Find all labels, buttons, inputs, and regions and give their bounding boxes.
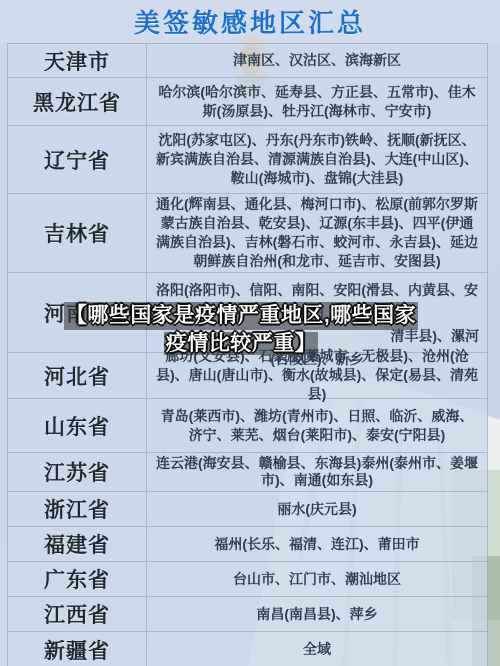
province-cell: 广东省 [8, 562, 147, 596]
table-row: 黑龙江省 哈尔滨(哈尔滨市、延寿县、方正县、五常市)、佳木斯(汤原县)、牡丹江(… [8, 78, 487, 126]
caption-line-2: 疫情比较严重】 [164, 332, 319, 355]
table-row: 江苏省 连云港(海安县、赣榆县、东海县)泰州(泰州市、姜堰市)、南通(如东县) [8, 453, 487, 492]
province-cell: 山东省 [8, 399, 147, 452]
areas-cell: 连云港(海安县、赣榆县、东海县)泰州(泰州市、姜堰市)、南通(如东县) [147, 453, 487, 491]
caption-overlay: 【哪些国家是疫情严重地区,哪些国家 疫情比较严重】 [63, 302, 419, 358]
province-cell: 吉林省 [8, 194, 147, 272]
table-row: 河北省 廊坊(文安县)、石家庄(藁城市、无极县)、沧州(沧县)、唐山(唐山市)、… [8, 353, 487, 399]
table-row: 山东省 青岛(莱西市)、潍坊(青州市)、日照、临沂、威海、济宁、莱芜、烟台(莱阳… [8, 399, 487, 453]
title-bar: 美签敏感地区汇总 [0, 0, 500, 43]
areas-cell: 青岛(莱西市)、潍坊(青州市)、日照、临沂、威海、济宁、莱芜、烟台(莱阳市)、泰… [147, 399, 487, 452]
table-row: 新疆省 全域 [8, 632, 487, 666]
areas-cell: 津南区、汉沽区、滨海新区 [147, 44, 487, 77]
table-row: 浙江省 丽水(庆元县) [8, 492, 487, 527]
areas-cell: 哈尔滨(哈尔滨市、延寿县、方正县、五常市)、佳木斯(汤原县)、牡丹江(海林市、宁… [147, 78, 487, 125]
table-row: 广东省 台山市、江门市、潮汕地区 [8, 562, 487, 597]
province-cell: 福建省 [8, 527, 147, 561]
province-cell: 河北省 [8, 353, 147, 398]
areas-cell: 通化(辉南县、通化县、梅河口市)、松原(前郭尔罗斯蒙古族自治县、乾安县)、辽源(… [147, 194, 487, 272]
areas-cell: 福州(长乐、福清、连江)、莆田市 [147, 527, 487, 561]
areas-cell: 南昌(南昌县)、萍乡 [147, 597, 487, 631]
province-cell: 江西省 [8, 597, 147, 631]
areas-cell: 沈阳(苏家屯区)、丹东(丹东市)铁岭、抚顺(新抚区、新宾满族自治县、清源满族自治… [147, 126, 487, 193]
table-row: 江西省 南昌(南昌县)、萍乡 [8, 597, 487, 632]
areas-cell: 全域 [147, 632, 487, 666]
province-cell: 新疆省 [8, 632, 147, 666]
province-cell: 江苏省 [8, 453, 147, 491]
table-row: 天津市 津南区、汉沽区、滨海新区 [8, 44, 487, 78]
areas-cell: 丽水(庆元县) [147, 492, 487, 526]
table-row: 辽宁省 沈阳(苏家屯区)、丹东(丹东市)铁岭、抚顺(新抚区、新宾满族自治县、清源… [8, 126, 487, 194]
province-cell: 辽宁省 [8, 126, 147, 193]
table-row: 吉林省 通化(辉南县、通化县、梅河口市)、松原(前郭尔罗斯蒙古族自治县、乾安县)… [8, 194, 487, 273]
province-cell: 天津市 [8, 44, 147, 77]
table-row: 福建省 福州(长乐、福清、连江)、莆田市 [8, 527, 487, 562]
areas-cell: 廊坊(文安县)、石家庄(藁城市、无极县)、沧州(沧县)、唐山(唐山市)、衡水(故… [147, 353, 487, 398]
province-cell: 黑龙江省 [8, 78, 147, 125]
areas-cell: 台山市、江门市、潮汕地区 [147, 562, 487, 596]
province-cell: 浙江省 [8, 492, 147, 526]
caption-line-1: 【哪些国家是疫情严重地区,哪些国家 [64, 302, 418, 330]
page-title: 美签敏感地区汇总 [134, 3, 366, 40]
